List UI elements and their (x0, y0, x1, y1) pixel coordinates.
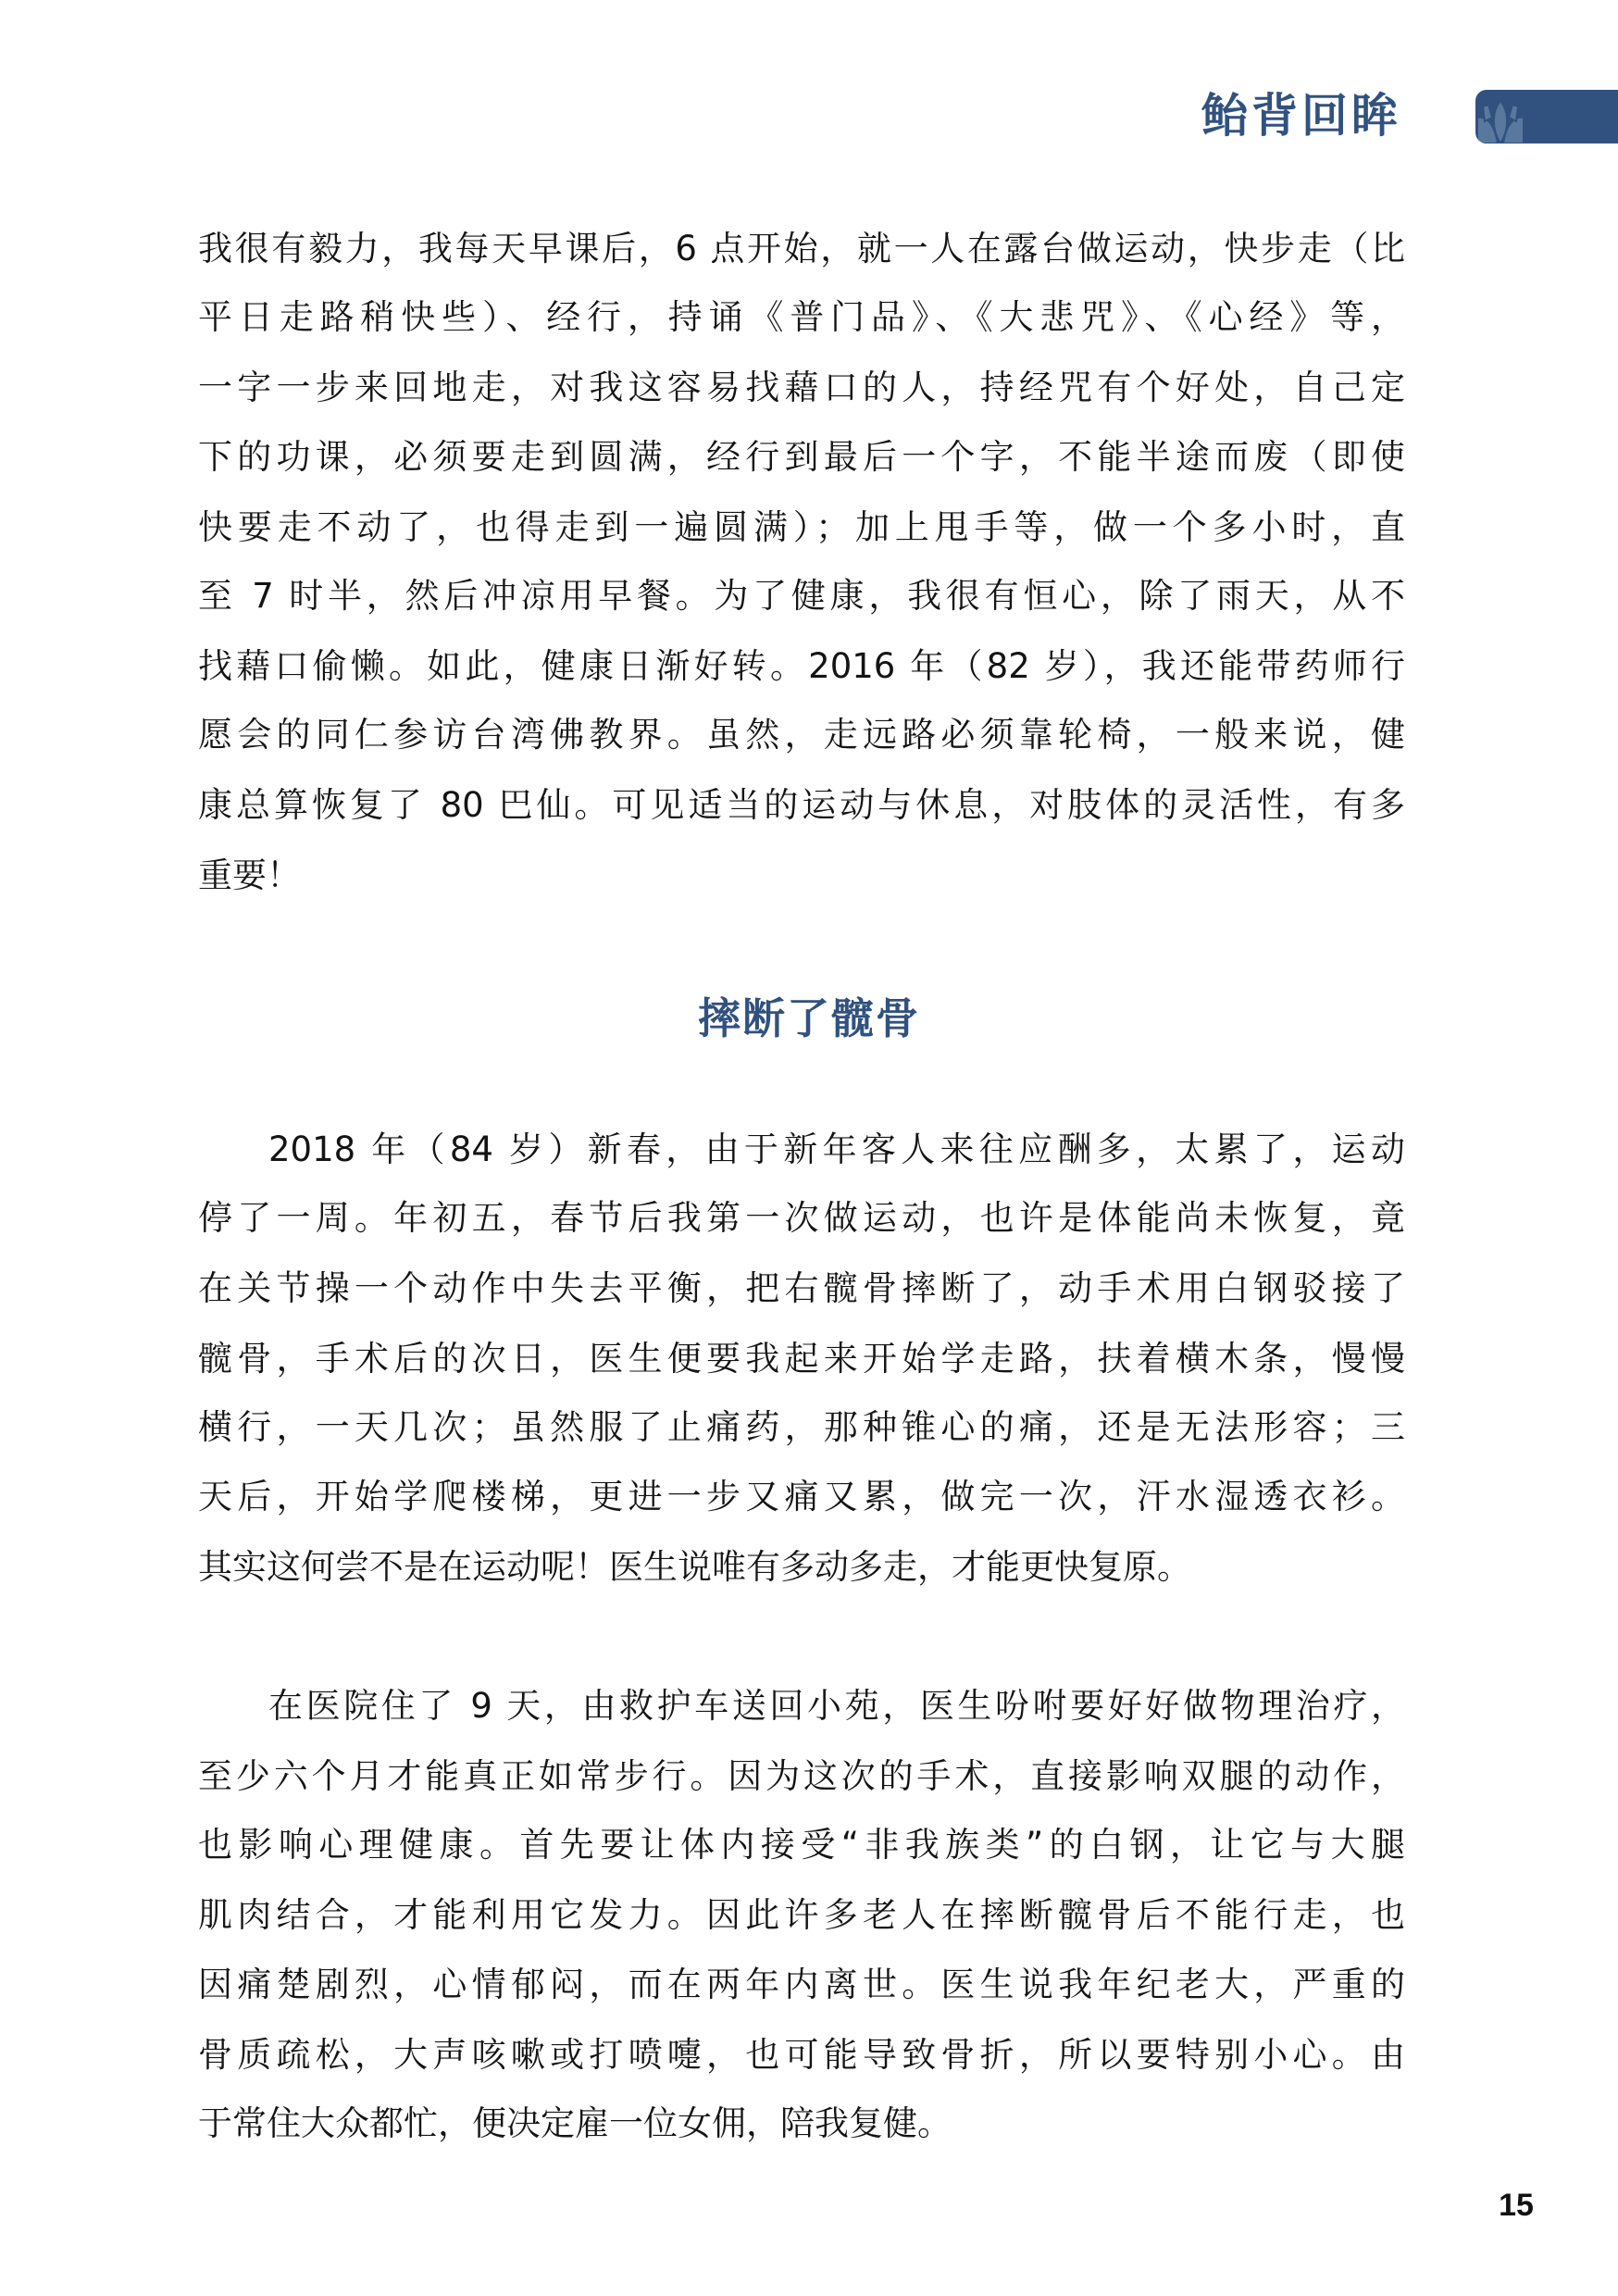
text-line: 在医院住了 9 天，由救护车送回小苑，医生吩咐要好好做物理治疗， (268, 1686, 1405, 1727)
text-line: 重要！ (198, 855, 1405, 896)
text-line: 快要走不动了，也得走到一遍圆满）；加上甩手等，做一个多小时，直 (198, 507, 1405, 548)
text-line: 在关节操一个动作中失去平衡，把右髋骨摔断了，动手术用白钢驳接了 (198, 1268, 1405, 1309)
text-line: 天后，开始学爬楼梯，更进一步又痛又累，做完一次，汗水湿透衣衫。 (198, 1477, 1405, 1517)
text-line: 一字一步来回地走，对我这容易找藉口的人，持经咒有个好处，自己定 (198, 368, 1405, 408)
text-line: 2018 年（84 岁）新春，由于新年客人来往应酬多，太累了，运动 (268, 1129, 1405, 1170)
text-line: 愿会的同仁参访台湾佛教界。虽然，走远路必须靠轮椅，一般来说，健 (198, 715, 1405, 755)
text-line: 横行，一天几次；虽然服了止痛药，那种锥心的痛，还是无法形容；三 (198, 1407, 1405, 1448)
text-line: 康总算恢复了 80 巴仙。可见适当的运动与休息，对肢体的灵活性，有多 (198, 785, 1405, 826)
lotus-icon (1475, 90, 1618, 143)
text-line: 于常住大众都忙，便决定雇一位女佣，陪我复健。 (198, 2103, 1405, 2144)
text-line: 至少六个月才能真正如常步行。因为这次的手术，直接影响双腿的动作， (198, 1756, 1405, 1797)
text-line: 其实这何尝不是在运动呢！医生说唯有多动多走，才能更快复原。 (198, 1547, 1405, 1588)
text-line: 骨质疏松，大声咳嗽或打喷嚏，也可能导致骨折，所以要特别小心。由 (198, 2035, 1405, 2076)
section-heading: 摔断了髋骨 (0, 991, 1618, 1046)
text-line: 至 7 时半，然后冲凉用早餐。为了健康，我很有恒心，除了雨天，从不 (198, 576, 1405, 617)
header-badge (1475, 90, 1618, 143)
text-line: 我很有毅力，我每天早课后，6 点开始，就一人在露台做运动，快步走（比 (198, 229, 1405, 269)
text-line: 髋骨，手术后的次日，医生便要我起来开始学走路，扶着横木条，慢慢 (198, 1339, 1405, 1379)
text-line: 平日走路稍快些）、经行，持诵《普门品》、《大悲咒》、《心经》等， (198, 297, 1405, 338)
text-line: 肌肉结合，才能利用它发力。因此许多老人在摔断髋骨后不能行走，也 (198, 1895, 1405, 1936)
page-number: 15 (1492, 2187, 1540, 2224)
text-line: 找藉口偷懒。如此，健康日渐好转。2016 年（82 岁），我还能带药师行 (198, 646, 1405, 687)
text-line: 下的功课，必须要走到圆满，经行到最后一个字，不能半途而废（即使 (198, 437, 1405, 478)
running-header-title: 鲐背回眸 (1201, 87, 1401, 144)
text-line: 也影响心理健康。首先要让体内接受“非我族类”的白钢，让它与大腿 (198, 1825, 1405, 1865)
text-line: 停了一周。年初五，春节后我第一次做运动，也许是体能尚未恢复，竟 (198, 1198, 1405, 1239)
text-line: 因痛楚剧烈，心情郁闷，而在两年内离世。医生说我年纪老大，严重的 (198, 1965, 1405, 2005)
